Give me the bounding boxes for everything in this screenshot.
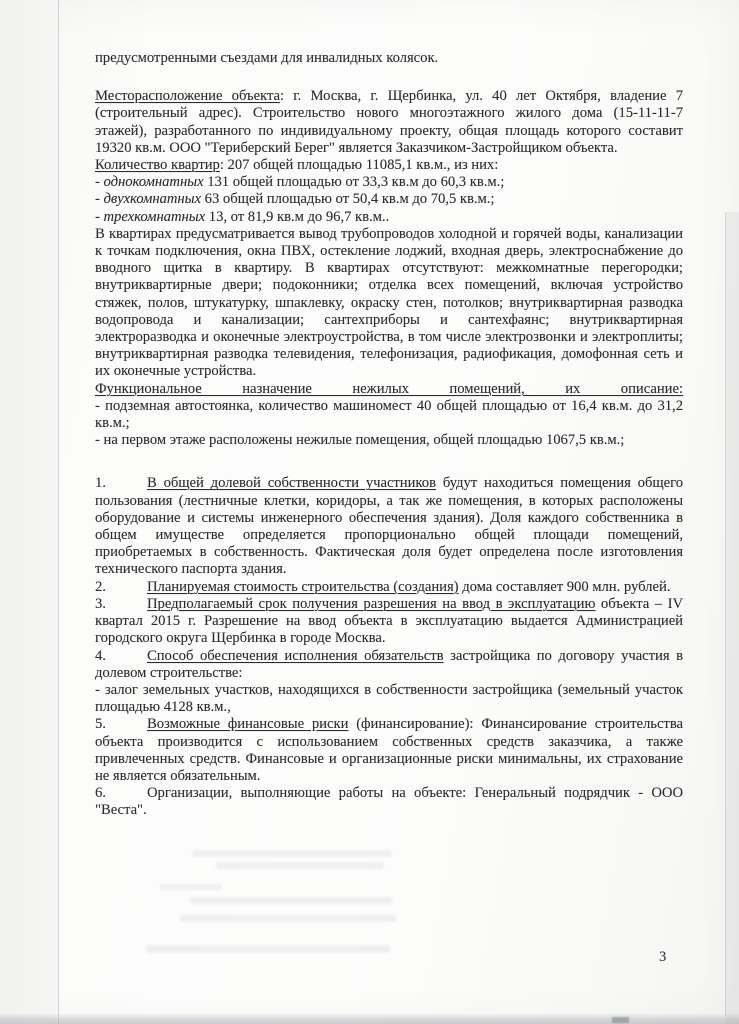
apartment-type-term: двухкомнатных [104,191,201,207]
item-number: 2. [95,579,147,596]
page-left-edge-line [58,0,59,1024]
apartment-count-label: Количество квартир [95,157,220,173]
page-number: 3 [659,949,666,966]
bleed-through-artifact [160,884,222,890]
apartment-type-rest: 13, от 81,9 кв.м до 96,7 кв.м.. [205,209,389,225]
item-number: 5. [95,716,147,733]
nonresidential-heading-text: Функциональное назначение нежилых помеще… [95,381,683,397]
numbered-item: 4.Способ обеспечения исполнения обязател… [95,648,683,682]
apartment-type-line: - трехкомнатных 13, от 81,9 кв.м до 96,7… [95,209,683,226]
apartment-type-term: однокомнатных [104,174,204,190]
dash-prefix: - [95,209,104,225]
scanner-left-margin [0,0,58,1024]
numbered-item-subline: - залог земельных участков, находящихся … [95,682,683,716]
apartment-type-line: - двухкомнатных 63 общей площадью от 50,… [95,191,683,208]
item-number: 6. [95,785,147,802]
apartment-type-term: трехкомнатных [104,209,206,225]
item-number: 1. [95,475,147,492]
scanner-right-shade [726,212,739,1024]
numbered-item: 3.Предполагаемый срок получения разрешен… [95,596,683,648]
nonresidential-item: - подземная автостоянка, количество маши… [95,398,683,432]
intro-paragraph: предусмотренными съездами для инвалидных… [95,50,683,67]
item-underlined-phrase: В общей долевой собственности участников [147,475,436,491]
nonresidential-heading: Функциональное назначение нежилых помеще… [95,381,683,398]
numbered-item: 2.Планируемая стоимость строительства (с… [95,579,683,596]
bleed-through-artifact [180,915,396,922]
bleed-through-artifact [192,850,392,857]
numbered-item: 5.Возможные финансовые риски (финансиров… [95,716,683,785]
item-text: дома составляет 900 млн. рублей. [459,579,671,595]
apartment-type-rest: 131 общей площадью от 33,3 кв.м до 60,3 … [204,174,505,190]
location-paragraph: Месторасположение объекта: г. Москва, г.… [95,88,683,157]
item-number: 4. [95,648,147,665]
dash-prefix: - [95,174,104,190]
location-label: Месторасположение объекта [95,88,280,104]
scanned-document-page: предусмотренными съездами для инвалидных… [0,0,739,1024]
nonresidential-item: - на первом этаже расположены нежилые по… [95,432,683,449]
apartment-count-text: : 207 общей площадью 11085,1 кв.м., из н… [220,157,498,173]
dash-prefix: - [95,191,104,207]
item-number: 3. [95,596,147,613]
item-text: Организации, выполняющие работы на объек… [95,785,683,818]
item-underlined-phrase: Предполагаемый срок получения разрешения… [147,596,595,612]
numbered-item: 1.В общей долевой собственности участник… [95,475,683,578]
numbered-item: 6.Организации, выполняющие работы на объ… [95,785,683,819]
scanner-bottom-artifact [612,1017,629,1023]
bleed-through-artifact [216,862,384,869]
apartment-type-rest: 63 общей площадью от 50,4 кв.м до 70,5 к… [201,191,494,207]
numbered-list: 1.В общей долевой собственности участник… [95,475,683,819]
item-underlined-phrase: Планируемая стоимость строительства (соз… [147,579,459,595]
item-underlined-phrase: Возможные финансовые риски [147,716,348,732]
bleed-through-artifact [190,897,392,904]
apartment-count-paragraph: Количество квартир: 207 общей площадью 1… [95,157,683,174]
document-text-block: предусмотренными съездами для инвалидных… [95,50,683,820]
item-underlined-phrase: Способ обеспечения исполнения обязательс… [147,648,444,664]
apartment-type-line: - однокомнатных 131 общей площадью от 33… [95,174,683,191]
equipment-paragraph: В квартирах предусматривается вывод труб… [95,226,683,381]
bleed-through-artifact [146,945,390,953]
